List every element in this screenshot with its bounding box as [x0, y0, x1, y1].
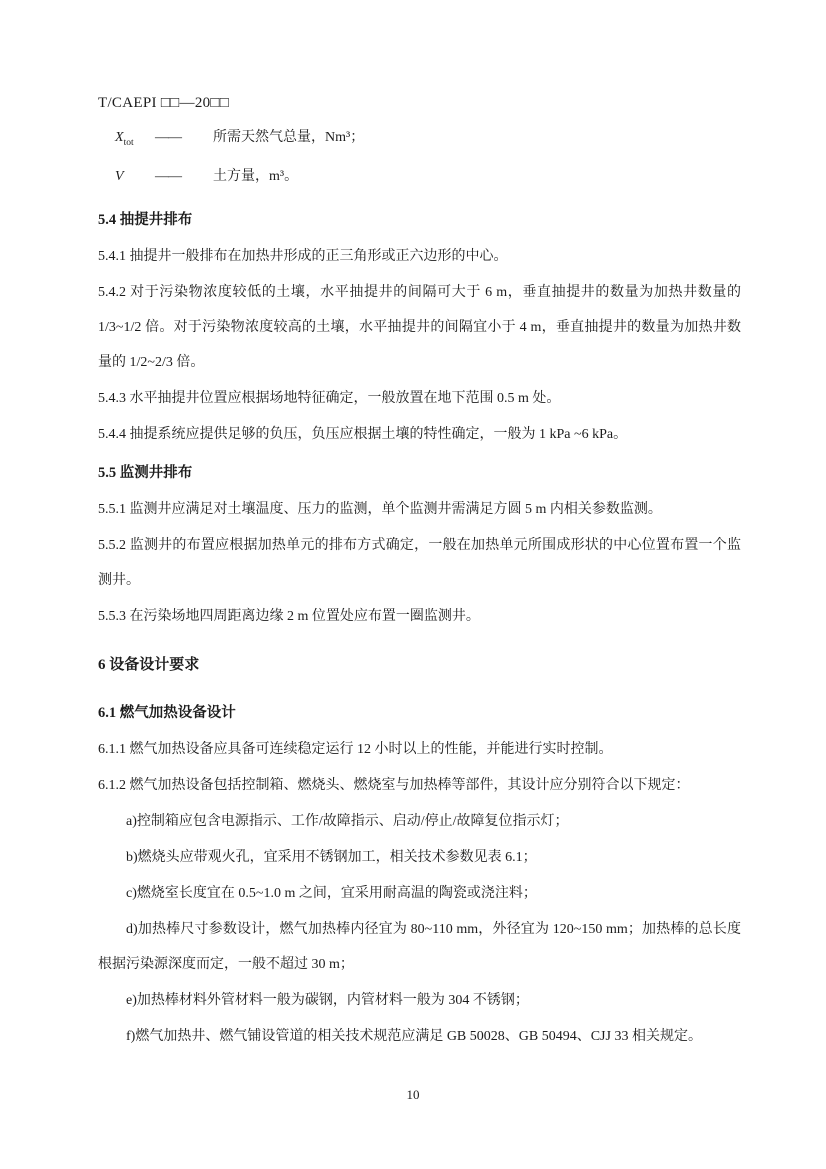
- section-heading-6-1: 6.1 燃气加热设备设计: [98, 696, 741, 731]
- section-heading-5-4: 5.4 抽提井排布: [98, 203, 741, 238]
- clause-d: d)加热棒尺寸参数设计，燃气加热棒内径宜为 80~110 mm，外径宜为 120…: [98, 912, 741, 982]
- paragraph-5-5-3: 5.5.3 在污染场地四周距离边缘 2 m 位置处应布置一圈监测井。: [98, 599, 741, 634]
- clause-a: a)控制箱应包含电源指示、工作/故障指示、启动/停止/故障复位指示灯；: [98, 804, 741, 839]
- clause-f: f)燃气加热井、燃气铺设管道的相关技术规范应满足 GB 50028、GB 504…: [98, 1019, 741, 1054]
- definition-dash: ——: [155, 121, 213, 154]
- section-heading-5-5: 5.5 监测井排布: [98, 456, 741, 491]
- page-number: 10: [0, 1087, 826, 1103]
- definition-text: 土方量，m³。: [213, 160, 298, 193]
- definition-dash: ——: [155, 160, 213, 193]
- standard-code-header: T/CAEPI □□—20□□: [98, 86, 741, 121]
- paragraph-5-4-3: 5.4.3 水平抽提井位置应根据场地特征确定，一般放置在地下范围 0.5 m 处…: [98, 381, 741, 416]
- symbol-definition-v: V —— 土方量，m³。: [98, 160, 741, 199]
- symbol-v: V: [115, 160, 155, 199]
- symbol-definition-xtot: Xtot —— 所需天然气总量，Nm³；: [98, 121, 741, 160]
- paragraph-6-1-2: 6.1.2 燃气加热设备包括控制箱、燃烧头、燃烧室与加热棒等部件，其设计应分别符…: [98, 768, 741, 803]
- chapter-heading-6: 6 设备设计要求: [98, 648, 741, 683]
- clause-e: e)加热棒材料外管材料一般为碳钢，内管材料一般为 304 不锈钢；: [98, 983, 741, 1018]
- clause-c: c)燃烧室长度宜在 0.5~1.0 m 之间，宜采用耐高温的陶瓷或浇注料；: [98, 876, 741, 911]
- paragraph-5-5-2: 5.5.2 监测井的布置应根据加热单元的排布方式确定，一般在加热单元所围成形状的…: [98, 528, 741, 598]
- symbol-letter: V: [115, 169, 124, 184]
- paragraph-5-5-1: 5.5.1 监测井应满足对土壤温度、压力的监测，单个监测井需满足方圆 5 m 内…: [98, 492, 741, 527]
- clause-b: b)燃烧头应带观火孔，宜采用不锈钢加工，相关技术参数见表 6.1；: [98, 840, 741, 875]
- paragraph-5-4-1: 5.4.1 抽提井一般排布在加热井形成的正三角形或正六边形的中心。: [98, 239, 741, 274]
- paragraph-5-4-4: 5.4.4 抽提系统应提供足够的负压，负压应根据土壤的特性确定，一般为 1 kP…: [98, 417, 741, 452]
- symbol-subscript: tot: [124, 138, 134, 148]
- definition-text: 所需天然气总量，Nm³；: [213, 121, 364, 154]
- symbol-letter: X: [115, 130, 124, 145]
- symbol-xtot: Xtot: [115, 121, 155, 160]
- paragraph-6-1-1: 6.1.1 燃气加热设备应具备可连续稳定运行 12 小时以上的性能，并能进行实时…: [98, 732, 741, 767]
- paragraph-5-4-2: 5.4.2 对于污染物浓度较低的土壤，水平抽提井的间隔可大于 6 m，垂直抽提井…: [98, 275, 741, 380]
- document-page: T/CAEPI □□—20□□ Xtot —— 所需天然气总量，Nm³； V —…: [0, 0, 826, 1169]
